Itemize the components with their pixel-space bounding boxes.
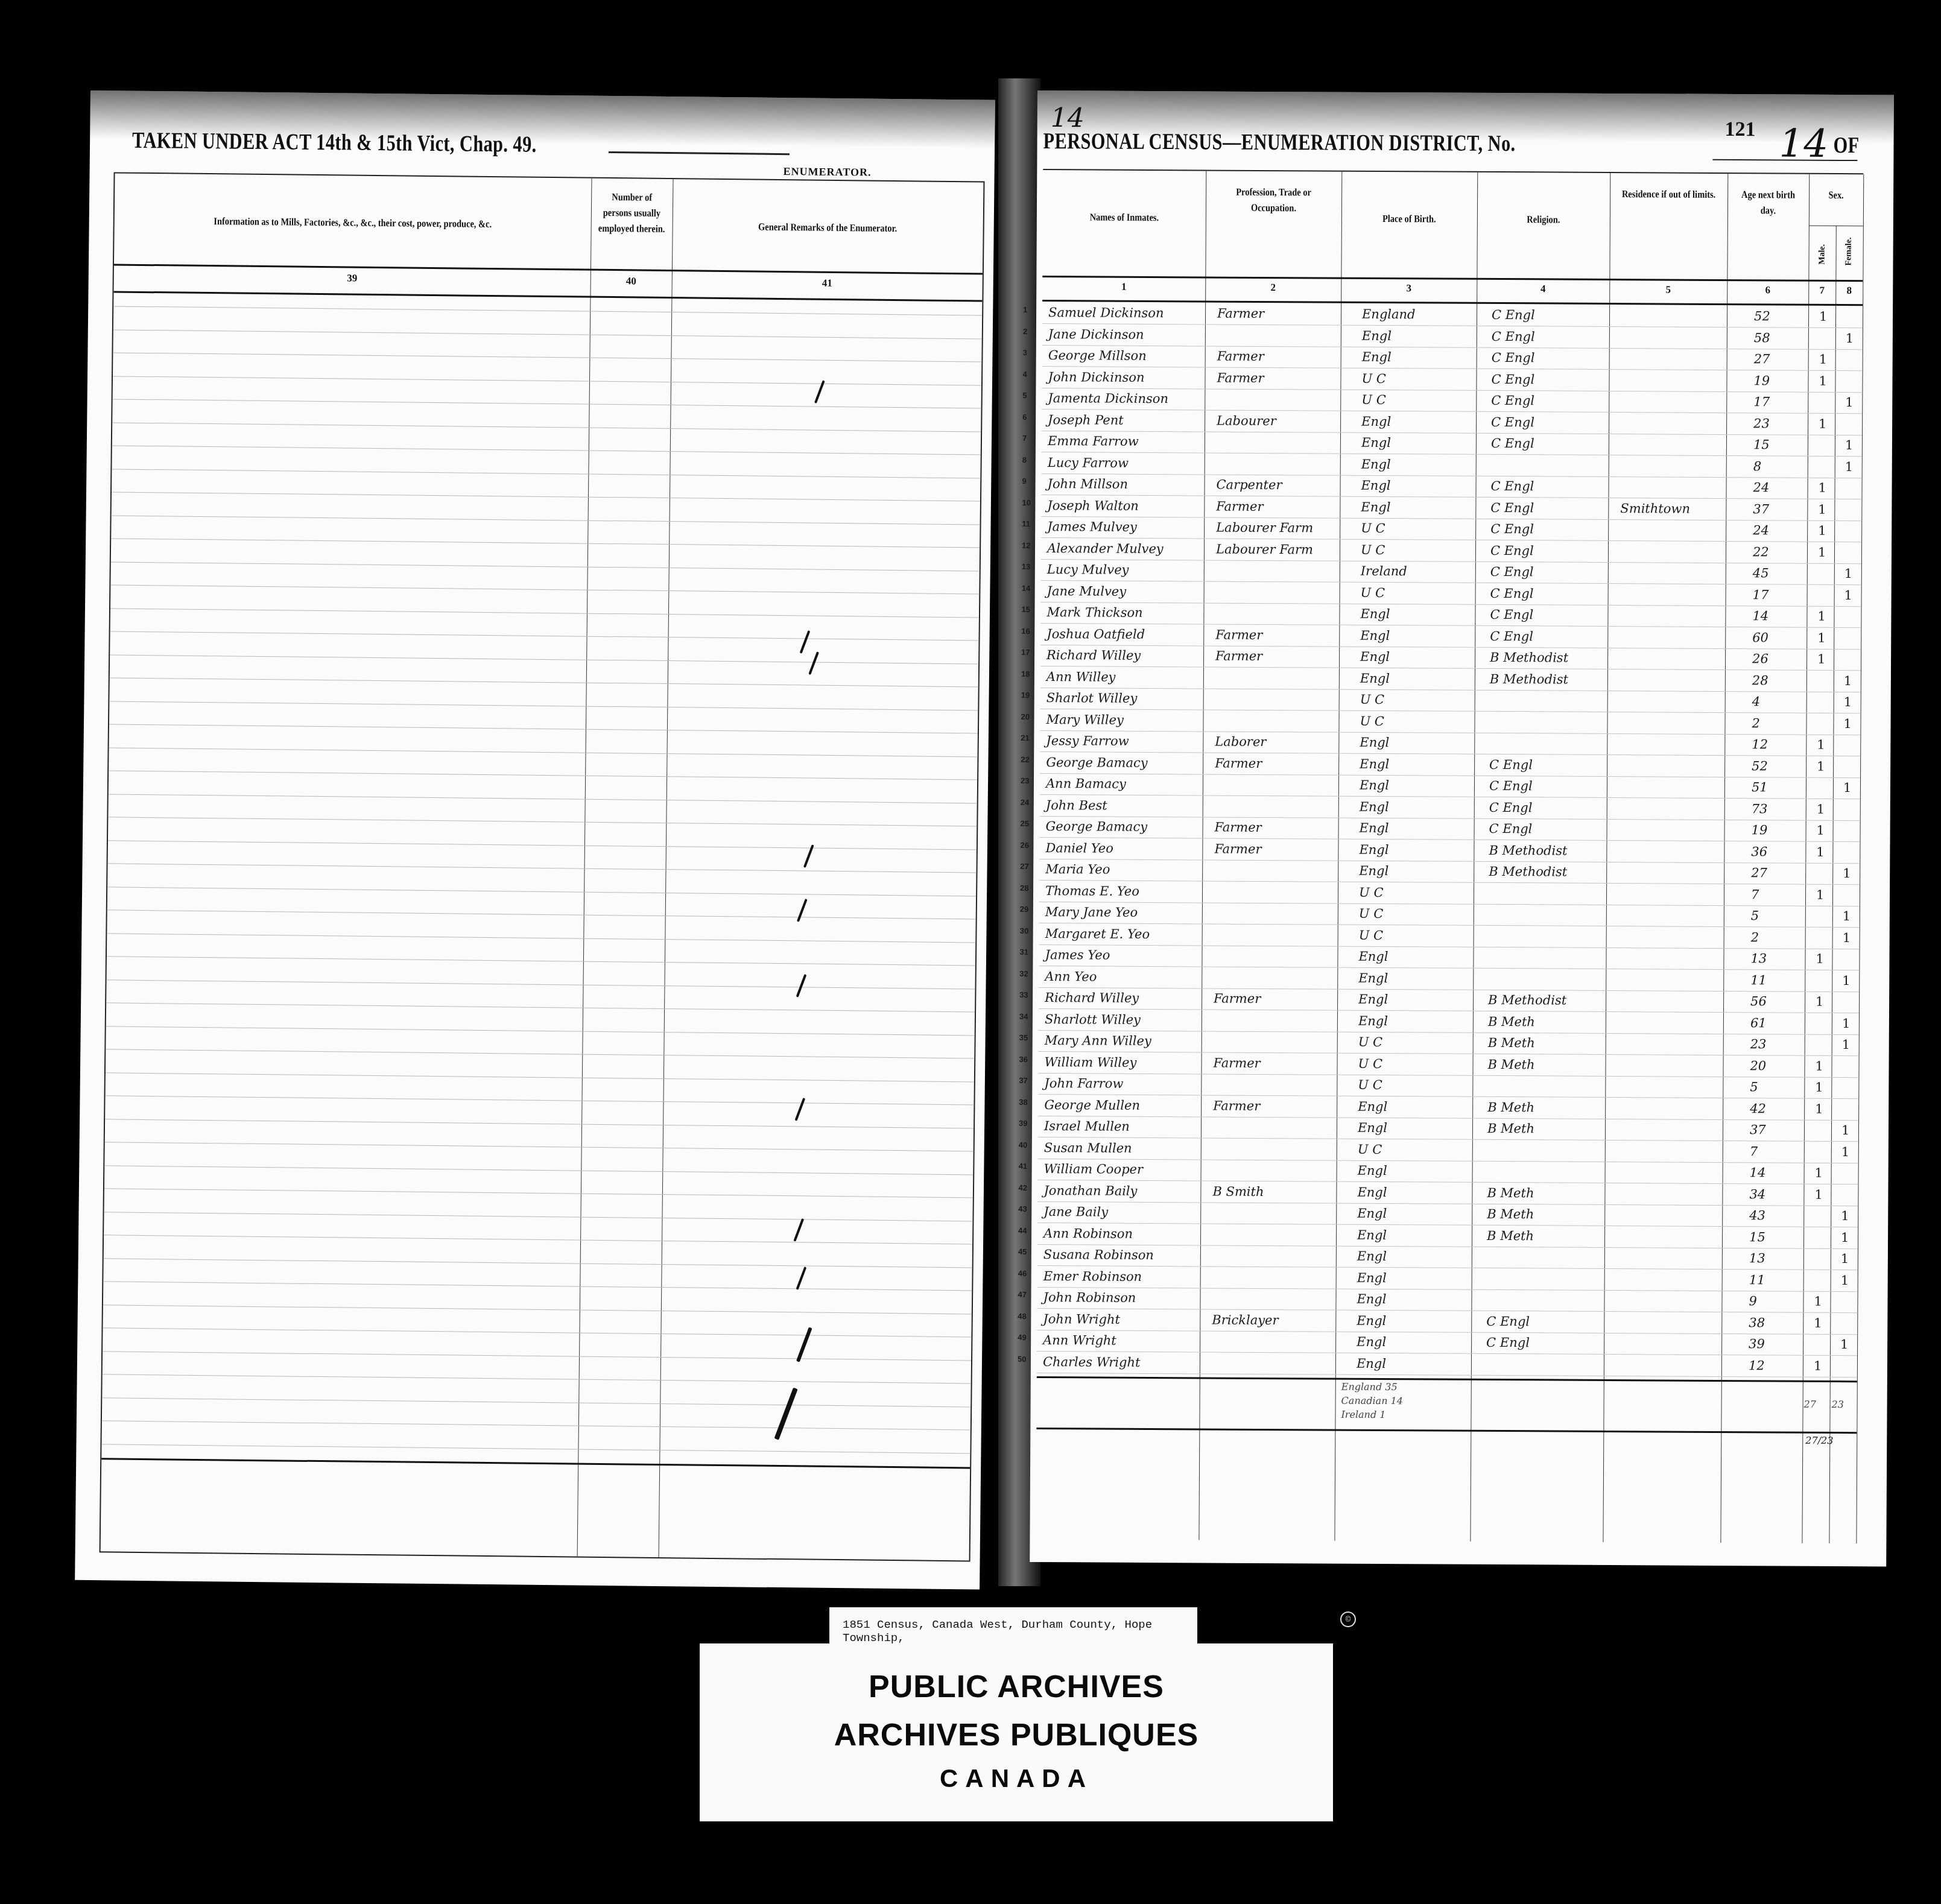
cell-age: 26 <box>1752 651 1768 666</box>
row-number: 14 <box>1022 583 1031 592</box>
cell-religion: B Methodist <box>1488 993 1566 1008</box>
cell-name: James Mulvey <box>1047 519 1137 534</box>
row-number: 42 <box>1018 1183 1027 1192</box>
cell-occupation: Farmer <box>1215 820 1262 835</box>
cell-occupation: Labourer Farm <box>1216 542 1313 557</box>
cell-female: 1 <box>1845 395 1854 410</box>
cell-occupation: Farmer <box>1215 649 1262 663</box>
cell-name: Samuel Dickinson <box>1048 305 1164 320</box>
cell-religion: C Engl <box>1491 436 1534 451</box>
cell-religion: B Meth <box>1488 1036 1535 1050</box>
row-number: 2 <box>1023 326 1027 335</box>
cell-age: 5 <box>1751 908 1759 923</box>
row-number: 27 <box>1020 862 1029 871</box>
cell-name: Mark Thickson <box>1046 605 1142 620</box>
cell-age: 17 <box>1753 394 1770 409</box>
table-row: 50Charles WrightEngl121 <box>1037 1352 1857 1377</box>
header-sex: Sex. <box>1813 188 1860 203</box>
header-age: Age next birth day. <box>1734 187 1803 219</box>
cell-name: Emer Robinson <box>1043 1269 1142 1284</box>
cell-male: 1 <box>1816 995 1824 1009</box>
cell-name: Jane Baily <box>1043 1204 1108 1219</box>
row-number: 50 <box>1018 1354 1027 1363</box>
cell-age: 58 <box>1754 331 1770 345</box>
cell-occupation: Labourer Farm <box>1216 520 1313 536</box>
ruled-line <box>107 887 976 896</box>
header-male: Male. <box>1814 239 1830 270</box>
ruled-line <box>112 469 980 478</box>
ruled-line <box>112 492 980 501</box>
cell-religion: C Engl <box>1486 1314 1530 1328</box>
cell-male: 1 <box>1815 1080 1823 1095</box>
cell-birth-place: U C <box>1361 521 1385 536</box>
cell-age: 27 <box>1754 352 1770 366</box>
cell-birth-place: Engl <box>1359 864 1388 878</box>
ruled-line <box>113 306 982 315</box>
cell-name: Emma Farrow <box>1048 434 1139 449</box>
cell-age: 5 <box>1750 1080 1758 1094</box>
cell-name: Sharlott Willey <box>1045 1012 1141 1027</box>
female-total: 23 <box>1832 1399 1844 1410</box>
row-number: 13 <box>1022 562 1031 571</box>
cell-name: John Farrow <box>1044 1076 1123 1091</box>
cell-birth-place: Engl <box>1357 1184 1387 1199</box>
row-number: 38 <box>1019 1097 1028 1106</box>
cell-religion: B Meth <box>1487 1099 1534 1114</box>
cell-female: 1 <box>1846 331 1854 346</box>
ruled-line <box>113 399 981 408</box>
cell-name: Sharlot Willey <box>1046 691 1138 706</box>
ruled-line <box>102 1420 970 1430</box>
cell-female: 1 <box>1843 780 1852 795</box>
cell-male: 1 <box>1816 887 1825 902</box>
column-number-rule <box>113 291 982 302</box>
column-number: 8 <box>1835 285 1863 297</box>
ruled-line <box>110 608 979 618</box>
cell-birth-place: Engl <box>1362 350 1392 364</box>
cell-birth-place: Engl <box>1358 1013 1388 1028</box>
cell-age: 23 <box>1753 416 1770 431</box>
tick-mark <box>797 899 808 922</box>
column-number: 2 <box>1205 281 1341 294</box>
page-number: 121 <box>1725 118 1756 141</box>
right-page-title: PERSONAL CENSUS—ENUMERATION DISTRICT, No… <box>1043 128 1515 157</box>
cell-name: John Wright <box>1043 1312 1120 1327</box>
cell-name: Ann Robinson <box>1043 1226 1133 1241</box>
ruled-line <box>110 631 979 640</box>
ruled-line <box>112 515 980 525</box>
row-number: 7 <box>1022 434 1027 443</box>
cell-male: 1 <box>1818 502 1826 516</box>
grand-total: 27/23 <box>1805 1435 1833 1446</box>
column-number-39: 39 <box>114 270 591 286</box>
row-number: 35 <box>1019 1033 1028 1042</box>
cell-religion: B Meth <box>1487 1228 1534 1242</box>
cell-age: 60 <box>1752 630 1768 645</box>
cell-name: John Dickinson <box>1048 370 1144 385</box>
cell-age: 9 <box>1749 1294 1757 1308</box>
cell-female: 1 <box>1841 1251 1849 1266</box>
cell-birth-place: U C <box>1360 713 1384 728</box>
cell-male: 1 <box>1819 352 1828 367</box>
cell-religion: C Engl <box>1490 500 1534 514</box>
cell-birth-place: U C <box>1361 542 1385 557</box>
cell-birth-place: Engl <box>1357 1206 1387 1221</box>
cell-birth-place: Engl <box>1357 1313 1386 1327</box>
row-number: 47 <box>1018 1290 1027 1299</box>
cell-birth-place: U C <box>1359 885 1384 899</box>
cell-female: 1 <box>1843 931 1851 945</box>
cell-religion: B Meth <box>1487 1207 1534 1221</box>
of-label: OF <box>1833 132 1859 159</box>
tick-mark <box>796 1267 807 1290</box>
cell-occupation: Farmer <box>1217 349 1264 364</box>
cell-birth-place: U C <box>1361 585 1385 599</box>
cell-name: Alexander Mulvey <box>1047 541 1164 556</box>
cell-female: 1 <box>1843 716 1852 731</box>
row-number: 17 <box>1021 648 1030 657</box>
header-persons-employed: Number of persons usually employed there… <box>597 189 667 237</box>
column-divider <box>577 179 592 1557</box>
cell-female: 1 <box>1844 674 1852 688</box>
row-number: 21 <box>1021 733 1030 742</box>
cell-male: 1 <box>1819 373 1827 388</box>
cell-name: Joseph Pent <box>1048 413 1124 428</box>
birth-summary-2: Canadian 14 <box>1341 1395 1403 1407</box>
ruled-line <box>111 561 980 571</box>
cell-male: 1 <box>1814 1358 1822 1373</box>
ruled-line <box>107 979 975 989</box>
row-number: 49 <box>1018 1333 1027 1342</box>
cell-name: Jamenta Dickinson <box>1048 391 1168 406</box>
ruled-line <box>103 1281 972 1291</box>
cell-name: Maria Yeo <box>1045 862 1110 877</box>
cell-birth-place: U C <box>1359 928 1384 942</box>
cell-birth-place: Engl <box>1361 414 1391 428</box>
row-number: 9 <box>1022 476 1027 485</box>
cell-birth-place: Engl <box>1361 457 1391 471</box>
cell-birth-place: Engl <box>1357 1335 1386 1349</box>
row-number: 15 <box>1021 605 1030 614</box>
left-page: TAKEN UNDER ACT 14th & 15th Vict, Chap. … <box>75 90 995 1590</box>
cell-age: 27 <box>1751 865 1767 880</box>
row-number: 3 <box>1023 348 1027 357</box>
tick-mark <box>796 974 807 998</box>
ruled-line <box>110 677 978 687</box>
cell-birth-place: U C <box>1358 1078 1382 1092</box>
ruled-line <box>111 538 980 548</box>
cell-religion: C Engl <box>1490 565 1534 579</box>
cell-male: 1 <box>1819 309 1828 324</box>
cell-female: 1 <box>1845 460 1854 474</box>
ruled-line <box>107 956 975 966</box>
row-number: 24 <box>1021 797 1030 806</box>
cell-birth-place: Engl <box>1360 671 1390 685</box>
column-number: 1 <box>1042 280 1205 293</box>
cell-name: Ann Willey <box>1046 669 1116 685</box>
cell-name: Ann Yeo <box>1045 969 1097 984</box>
row-number: 45 <box>1018 1247 1027 1256</box>
ruled-line <box>102 1397 970 1407</box>
cell-male: 1 <box>1817 759 1825 773</box>
tick-mark <box>774 1388 798 1440</box>
row-number: 11 <box>1022 519 1030 528</box>
cell-religion: C Engl <box>1492 308 1535 322</box>
row-number: 31 <box>1019 947 1028 957</box>
cell-occupation: Farmer <box>1214 1055 1261 1070</box>
cell-religion: B Meth <box>1488 1014 1535 1028</box>
cell-religion: B Meth <box>1487 1121 1534 1136</box>
cell-male: 1 <box>1817 652 1826 666</box>
cell-male: 1 <box>1815 1101 1823 1116</box>
ruled-line <box>103 1327 972 1337</box>
cell-age: 36 <box>1751 844 1767 859</box>
cell-birth-place: Engl <box>1358 1121 1387 1135</box>
cell-birth-place: Engl <box>1361 435 1391 450</box>
cell-female: 1 <box>1843 866 1851 881</box>
cell-birth-place: U C <box>1361 371 1386 385</box>
district-number: 14 <box>1779 121 1828 166</box>
cell-name: James Yeo <box>1045 947 1110 963</box>
tick-mark <box>793 1218 804 1242</box>
cell-male: 1 <box>1817 823 1825 838</box>
cell-female: 1 <box>1840 1337 1849 1352</box>
row-number: 32 <box>1019 969 1028 978</box>
ruled-line <box>107 933 975 943</box>
cell-name: Joseph Walton <box>1047 498 1139 513</box>
column-number-40: 40 <box>591 275 672 288</box>
cell-age: 8 <box>1753 459 1762 473</box>
cell-occupation: Bricklayer <box>1212 1312 1278 1327</box>
enumerator-label: ENUMERATOR. <box>784 165 872 179</box>
row-number: 23 <box>1021 776 1030 785</box>
cell-religion: C Engl <box>1491 414 1534 429</box>
totals-rule <box>1037 1376 1857 1382</box>
cell-male: 1 <box>1819 481 1827 495</box>
archive-label: PUBLIC ARCHIVES ARCHIVES PUBLIQUES CANAD… <box>700 1643 1333 1821</box>
cell-birth-place: Engl <box>1358 992 1388 1007</box>
cell-age: 20 <box>1750 1058 1766 1073</box>
cell-occupation: Farmer <box>1216 499 1263 513</box>
row-number: 20 <box>1021 712 1030 721</box>
cell-male: 1 <box>1817 609 1826 624</box>
cell-name: Ann Wright <box>1043 1333 1116 1348</box>
bottom-rule <box>1036 1428 1857 1434</box>
cell-female: 1 <box>1842 1037 1851 1052</box>
birth-summary-3: Ireland 1 <box>1341 1409 1385 1420</box>
cell-birth-place: Engl <box>1358 949 1388 964</box>
column-number: 7 <box>1808 285 1835 297</box>
cell-name: Mary Jane Yeo <box>1045 905 1138 920</box>
cell-name: Jessy Farrow <box>1046 733 1129 748</box>
row-number: 30 <box>1020 926 1029 935</box>
cell-occupation: Laborer <box>1215 735 1266 749</box>
cell-female: 1 <box>1843 909 1851 923</box>
cell-age: 15 <box>1753 437 1770 452</box>
cell-name: Joshua Oatfield <box>1046 627 1145 642</box>
cell-age: 11 <box>1750 973 1767 987</box>
row-number: 4 <box>1023 369 1027 378</box>
cell-residence: Smithtown <box>1620 501 1690 516</box>
row-number: 16 <box>1021 626 1030 635</box>
cell-occupation: Farmer <box>1213 1098 1260 1113</box>
row-number: 10 <box>1022 498 1031 507</box>
row-number: 26 <box>1020 840 1029 849</box>
cell-name: Thomas E. Yeo <box>1045 884 1139 899</box>
ruled-line <box>113 352 981 362</box>
ruled-line <box>104 1188 973 1198</box>
cell-age: 37 <box>1750 1122 1766 1137</box>
cell-name: John Millson <box>1048 476 1129 492</box>
cell-male: 1 <box>1815 1166 1823 1180</box>
cell-age: 15 <box>1749 1230 1765 1244</box>
cell-name: Margaret E. Yeo <box>1045 926 1150 941</box>
row-number: 6 <box>1022 412 1027 421</box>
ruled-line <box>112 422 981 432</box>
cell-name: Charles Wright <box>1043 1355 1141 1370</box>
cell-age: 39 <box>1749 1336 1765 1351</box>
row-number: 29 <box>1020 905 1029 914</box>
ruled-line <box>103 1305 972 1314</box>
cell-age: 14 <box>1752 609 1768 623</box>
cell-religion: C Engl <box>1490 607 1533 622</box>
cell-male: 1 <box>1814 1294 1822 1309</box>
cell-name: William Cooper <box>1044 1162 1144 1177</box>
census-table: Names of Inmates. Profession, Trade or O… <box>1036 169 1863 1543</box>
cell-female: 1 <box>1844 588 1853 603</box>
row-number: 48 <box>1018 1311 1027 1320</box>
row-number: 18 <box>1021 669 1030 678</box>
cell-occupation: Farmer <box>1214 841 1261 856</box>
cell-birth-place: Engl <box>1360 821 1389 835</box>
cell-male: 1 <box>1815 1058 1823 1073</box>
cell-religion: B Meth <box>1487 1057 1534 1071</box>
cell-occupation: B Smith <box>1212 1184 1264 1198</box>
cell-age: 13 <box>1750 951 1767 966</box>
cell-birth-place: Engl <box>1360 735 1389 750</box>
cell-religion: B Methodist <box>1489 864 1567 879</box>
ruled-line <box>106 1002 975 1012</box>
cell-name: Mary Ann Willey <box>1045 1033 1151 1048</box>
cell-age: 24 <box>1753 523 1769 537</box>
ruled-line <box>103 1374 971 1384</box>
cell-birth-place: U C <box>1360 692 1385 707</box>
cell-birth-place: Engl <box>1357 1249 1387 1264</box>
cell-name: John Best <box>1046 798 1107 813</box>
cell-religion: C Engl <box>1491 479 1534 493</box>
cell-male: 1 <box>1816 844 1825 859</box>
cell-birth-place: Engl <box>1360 799 1389 814</box>
right-page: 14 PERSONAL CENSUS—ENUMERATION DISTRICT,… <box>1030 90 1894 1566</box>
ruled-line <box>105 1142 974 1151</box>
cell-age: 51 <box>1752 780 1768 794</box>
tick-mark <box>794 1098 805 1121</box>
cell-birth-place: Engl <box>1361 499 1390 514</box>
row-number: 37 <box>1019 1076 1028 1085</box>
row-number: 44 <box>1018 1226 1027 1235</box>
cell-religion: B Meth <box>1487 1185 1534 1200</box>
cell-occupation: Labourer <box>1217 413 1276 428</box>
ruled-line <box>110 584 979 594</box>
header-general-remarks: General Remarks of the Enumerator. <box>695 219 960 238</box>
ruled-line <box>109 747 978 757</box>
cell-birth-place: U C <box>1358 1056 1382 1071</box>
archive-label-country: CANADA <box>700 1764 1333 1793</box>
ruled-line <box>104 1235 972 1244</box>
cell-female: 1 <box>1841 1123 1850 1137</box>
row-number: 19 <box>1021 691 1030 700</box>
ruled-line <box>113 376 981 385</box>
cell-name: Mary Willey <box>1046 712 1123 727</box>
cell-name: George Millson <box>1048 348 1147 363</box>
row-number: 41 <box>1019 1162 1028 1171</box>
cell-occupation: Farmer <box>1215 627 1262 642</box>
column-number: 4 <box>1477 283 1609 296</box>
cell-name: George Bamacy <box>1046 819 1148 834</box>
cell-birth-place: Engl <box>1360 756 1389 771</box>
cell-female: 1 <box>1844 695 1852 709</box>
cell-age: 45 <box>1753 566 1769 580</box>
cell-female: 1 <box>1841 1209 1849 1223</box>
cell-female: 1 <box>1841 1273 1849 1288</box>
header-names: Names of Inmates. <box>1055 209 1194 226</box>
ruled-line <box>106 1095 974 1105</box>
ruled-line <box>101 1444 970 1453</box>
row-number: 33 <box>1019 990 1028 999</box>
cell-religion: C Engl <box>1492 329 1535 343</box>
cell-birth-place: Engl <box>1357 1270 1387 1285</box>
cell-age: 42 <box>1750 1101 1766 1116</box>
cell-male: 1 <box>1817 802 1825 816</box>
cell-age: 22 <box>1753 545 1769 559</box>
cell-age: 11 <box>1749 1273 1765 1287</box>
cell-occupation: Carpenter <box>1217 478 1282 493</box>
cell-female: 1 <box>1842 973 1851 988</box>
cell-female: 1 <box>1841 1230 1849 1245</box>
cell-occupation: Farmer <box>1217 370 1264 385</box>
cell-religion: C Engl <box>1489 779 1533 793</box>
left-page-title: TAKEN UNDER ACT 14th & 15th Vict, Chap. … <box>132 127 537 158</box>
ruled-line <box>106 1072 974 1082</box>
cell-female: 1 <box>1844 566 1853 581</box>
cell-female: 1 <box>1845 438 1854 452</box>
cell-name: Lucy Farrow <box>1048 455 1129 470</box>
cell-religion: C Engl <box>1491 372 1534 386</box>
cell-age: 2 <box>1752 716 1760 730</box>
ruled-line <box>104 1212 973 1221</box>
cell-birth-place: Engl <box>1360 628 1390 642</box>
cell-religion: B Methodist <box>1489 843 1567 858</box>
ruled-line <box>109 701 978 710</box>
tick-mark <box>800 630 811 654</box>
header-place-of-birth: Place of Birth. <box>1352 211 1467 227</box>
row-number: 22 <box>1021 754 1030 764</box>
cell-female: 1 <box>1842 1016 1851 1031</box>
cell-birth-place: Engl <box>1358 970 1388 985</box>
ruled-line <box>108 840 977 850</box>
cell-age: 19 <box>1753 373 1770 388</box>
ruled-line <box>109 724 978 733</box>
birth-summary-1: England 35 <box>1341 1381 1398 1393</box>
cell-birth-place: Engl <box>1361 478 1391 493</box>
tick-mark <box>796 1327 812 1362</box>
enumerator-line <box>609 151 790 155</box>
cell-male: 1 <box>1818 523 1826 538</box>
cell-age: 13 <box>1749 1251 1765 1265</box>
bottom-rule <box>101 1458 970 1469</box>
ruled-line <box>109 770 977 780</box>
ruled-line <box>106 1049 974 1058</box>
